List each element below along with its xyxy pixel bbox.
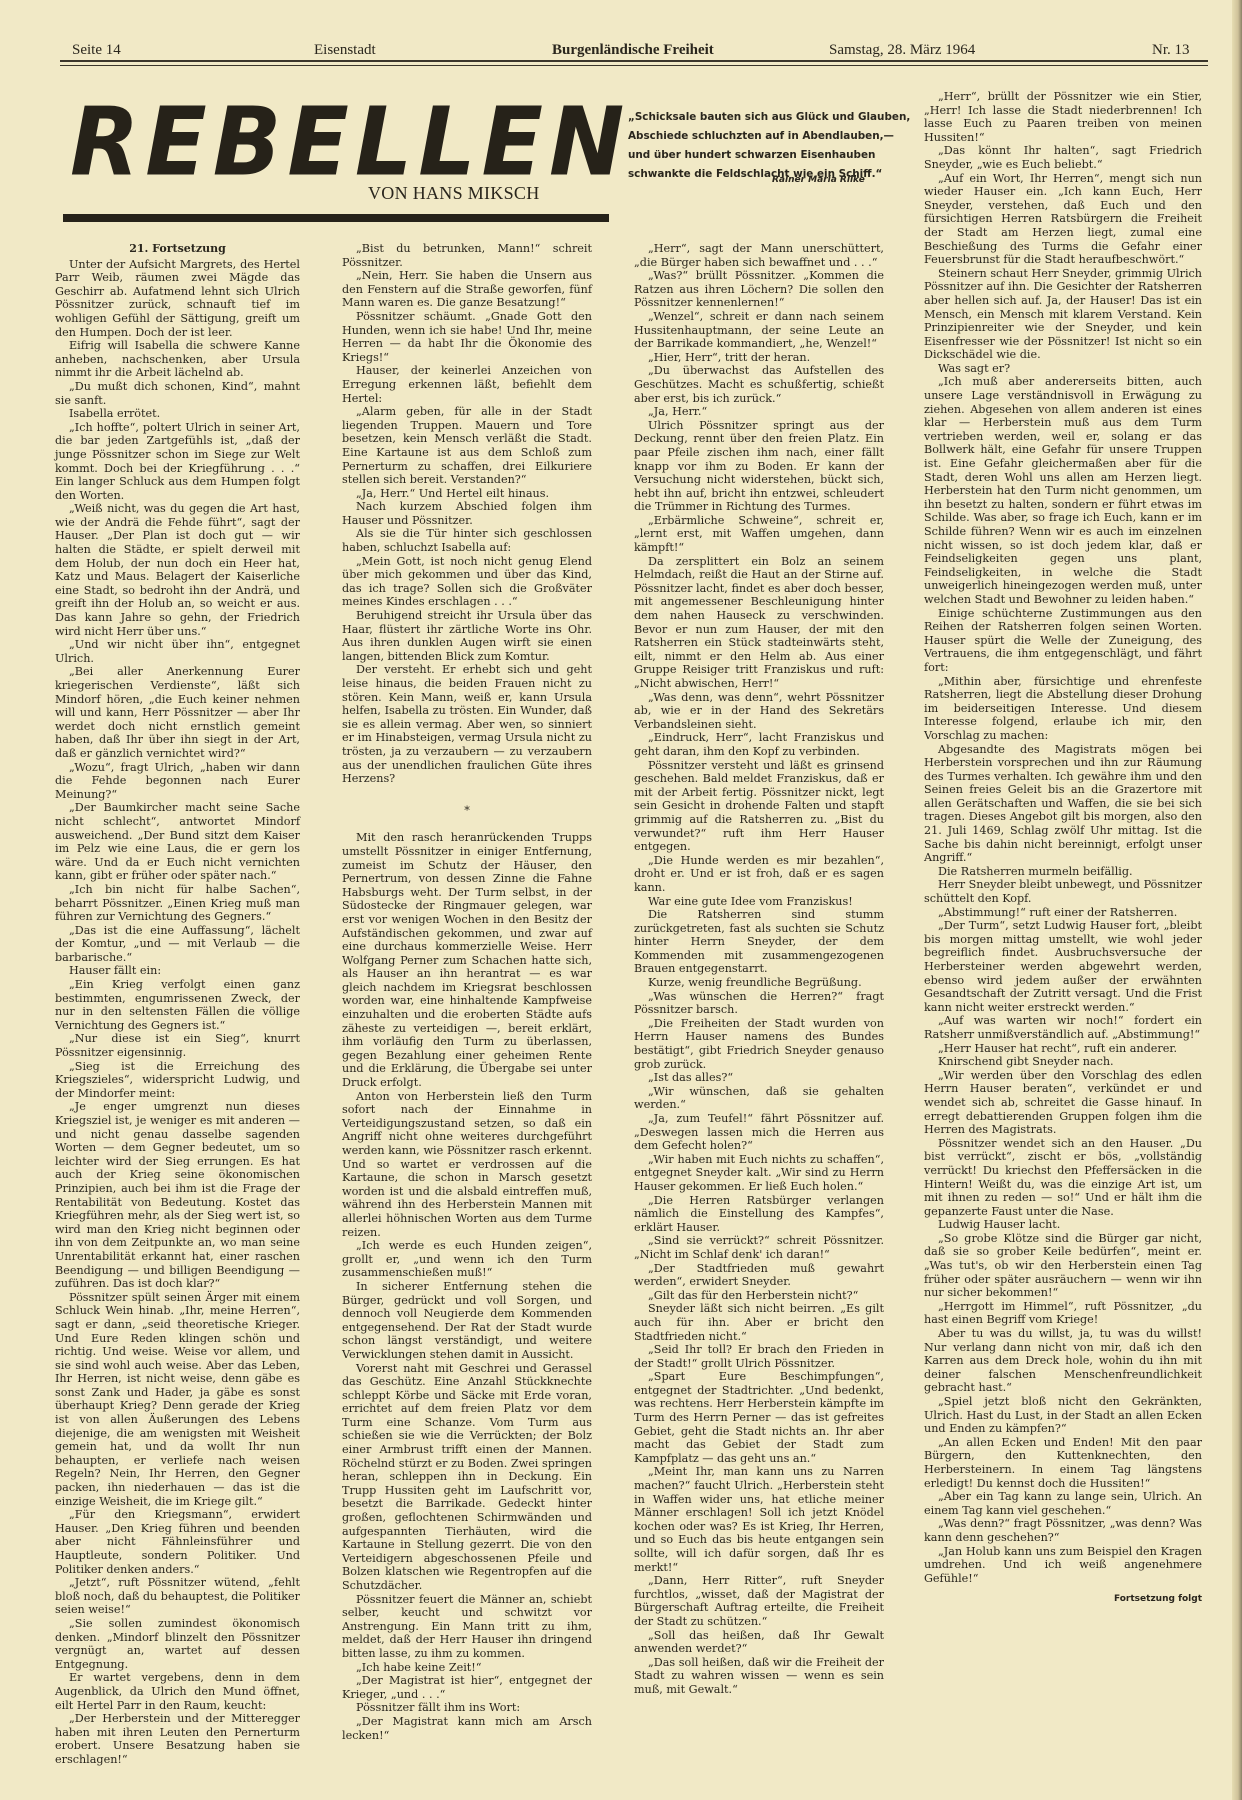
paragraph: „Sie sollen zumindest ökonomisch denken.… [55, 1617, 300, 1671]
paragraph: Nach kurzem Abschied folgen ihm Hauser u… [342, 500, 592, 527]
paragraph: „Herr“, sagt der Mann unerschüttert, „di… [634, 242, 884, 269]
paragraph: Als sie die Tür hinter sich geschlossen … [342, 527, 592, 554]
paragraph: „Ich muß aber andererseits bitten, auch … [924, 375, 1202, 606]
epigraph-line: und über hundert schwarzen Eisenhauben [628, 146, 918, 165]
paragraph: „So grobe Klötze sind die Bürger gar nic… [924, 1232, 1202, 1300]
paragraph: „Jan Holub kann uns zum Beispiel den Kra… [924, 1545, 1202, 1586]
paragraph: „Ist das alles?“ [634, 1071, 884, 1085]
paragraph: „Bist du betrunken, Mann!“ schreit Pössn… [342, 242, 592, 269]
paragraph: Pössnitzer schäumt. „Gnade Gott den Hund… [342, 310, 592, 364]
paragraph: „Mithin aber, fürsichtige und ehrenfeste… [924, 675, 1202, 743]
paragraph: „Was denn, was denn“, wehrt Pössnitzer a… [634, 691, 884, 732]
epigraph-author: Rainer Maria Rilke [772, 175, 865, 185]
epigraph-line: „Schicksale bauten sich aus Glück und Gl… [628, 108, 918, 127]
paragraph: Steinern schaut Herr Sneyder, grimmig Ul… [924, 267, 1202, 362]
paragraph: „Der Baumkircher macht seine Sache nicht… [55, 801, 300, 883]
paragraph: „Ich bin nicht für halbe Sachen“, beharr… [55, 883, 300, 924]
paragraph: „Der Magistrat kann mich am Arsch lecken… [342, 1715, 592, 1742]
paragraph: „Für den Kriegsmann“, erwidert Hauser. „… [55, 1508, 300, 1576]
paragraph: „Der Stadtfrieden muß gewahrt werden“, e… [634, 1262, 884, 1289]
paragraph: „Das ist die eine Auffassung“, lächelt d… [55, 924, 300, 965]
paragraph: Eifrig will Isabella die schwere Kanne a… [55, 339, 300, 380]
paragraph: „Der Herberstein und der Mitteregger hab… [55, 1712, 300, 1766]
paragraph: „Bei aller Anerkennung Eurer kriegerisch… [55, 665, 300, 760]
paragraph: „Alarm geben, für alle in der Stadt lieg… [342, 405, 592, 487]
paragraph: „Der Turm“, setzt Ludwig Hauser fort, „b… [924, 919, 1202, 1014]
paragraph: „Du überwachst das Aufstellen des Geschü… [634, 364, 884, 405]
installment-label: 21. Fortsetzung [55, 242, 300, 256]
paragraph: Der versteht. Er erhebt sich und geht le… [342, 663, 592, 785]
paragraph: „Herr“, brüllt der Pössnitzer wie ein St… [924, 90, 1202, 144]
column-1: 21. Fortsetzung Unter der Aufsicht Margr… [55, 242, 300, 1767]
column-2: „Bist du betrunken, Mann!“ schreit Pössn… [342, 242, 592, 1742]
epigraph-line: Abschiede schluchzten auf in Abendlauben… [628, 127, 918, 146]
column-3: „Herr“, sagt der Mann unerschüttert, „di… [634, 242, 884, 1697]
paragraph: Sneyder läßt sich nicht beirren. „Es gil… [634, 1302, 884, 1343]
paragraph: Pössnitzer spült seinen Ärger mit einem … [55, 1291, 300, 1509]
paragraph: „Wir wünschen, daß sie gehalten werden.“ [634, 1085, 884, 1112]
paragraph: „Das soll heißen, daß wir die Freiheit d… [634, 1656, 884, 1697]
paragraph: „Erbärmliche Schweine“, schreit er, „ler… [634, 514, 884, 555]
paragraph: Ulrich Pössnitzer springt aus der Deckun… [634, 419, 884, 514]
paragraph: Pössnitzer feuert die Männer an, schiebt… [342, 1593, 592, 1661]
paragraph: „Was?“ brüllt Pössnitzer. „Kommen die Ra… [634, 269, 884, 310]
paragraph: Kurze, wenig freundliche Begrüßung. [634, 976, 884, 990]
paragraph: „Nein, Herr. Sie haben die Unsern aus de… [342, 269, 592, 310]
paragraph: Pössnitzer wendet sich an den Hauser. „D… [924, 1137, 1202, 1219]
header-rule [60, 60, 1208, 66]
page-edge [1232, 0, 1242, 1800]
paragraph: „Mein Gott, ist noch nicht genug Elend ü… [342, 555, 592, 609]
paragraph: „Ja, zum Teufel!“ fährt Pössnitzer auf. … [634, 1112, 884, 1153]
paragraph: Ludwig Hauser lacht. [924, 1218, 1202, 1232]
issue-date: Samstag, 28. März 1964 [829, 42, 975, 59]
paragraph: „Wozu“, fragt Ulrich, „haben wir dann di… [55, 761, 300, 802]
paragraph: Pössnitzer fällt ihm ins Wort: [342, 1701, 592, 1715]
continued-note: Fortsetzung folgt [924, 1593, 1202, 1607]
paragraph: „Die Hunde werden es mir bezahlen“, droh… [634, 854, 884, 895]
paragraph: „Hier, Herr“, tritt der heran. [634, 351, 884, 365]
paragraph: In sicherer Entfernung stehen die Bürger… [342, 1280, 592, 1362]
paragraph: „Der Magistrat ist hier“, entgegnet der … [342, 1674, 592, 1701]
newspaper-name: Burgenländische Freiheit [552, 42, 714, 59]
column-4: „Herr“, brüllt der Pössnitzer wie ein St… [924, 90, 1202, 1607]
paragraph: „Die Herren Ratsbürger verlangen nämlich… [634, 1194, 884, 1235]
paragraph: Herr Sneyder bleibt unbewegt, und Pössni… [924, 878, 1202, 905]
paragraph: „An allen Ecken und Enden! Mit den paar … [924, 1436, 1202, 1490]
paragraph: „Auf was warten wir noch!“ fordert ein R… [924, 1014, 1202, 1041]
paragraph: „Je enger umgrenzt nun dieses Kriegsziel… [55, 1100, 300, 1290]
paragraph: Pössnitzer versteht und läßt es grinsend… [634, 759, 884, 854]
paragraph: Unter der Aufsicht Margrets, des Hertel … [55, 258, 300, 340]
paragraph: „Herrgott im Himmel“, ruft Pössnitzer, „… [924, 1300, 1202, 1327]
paragraph: „Spiel jetzt bloß nicht den Gekränkten, … [924, 1395, 1202, 1436]
page-header: Seite 14 Eisenstadt Burgenländische Frei… [72, 40, 1202, 62]
paragraph: „Und wir nicht über ihn“, entgegnet Ulri… [55, 638, 300, 665]
article-title: REBELLEN [70, 87, 630, 197]
place: Eisenstadt [314, 42, 376, 59]
paragraph: „Sind sie verrückt?“ schreit Pössnitzer.… [634, 1234, 884, 1261]
issue-number: Nr. 13 [1152, 42, 1190, 59]
paragraph: „Gilt das für den Herberstein nicht?“ [634, 1289, 884, 1303]
paragraph: „Was denn?“ fragt Pössnitzer, „was denn?… [924, 1517, 1202, 1544]
byline: VON HANS MIKSCH [368, 183, 540, 204]
paragraph: Die Ratsherren sind stumm zurückgetreten… [634, 908, 884, 976]
paragraph: „Abstimmung!“ ruft einer der Ratsherren. [924, 906, 1202, 920]
paragraph: Was sagt er? [924, 362, 1202, 376]
paragraph: „Jetzt“, ruft Pössnitzer wütend, „fehlt … [55, 1576, 300, 1617]
epigraph: „Schicksale bauten sich aus Glück und Gl… [628, 108, 918, 184]
paragraph: „Wir haben mit Euch nichts zu schaffen“,… [634, 1153, 884, 1194]
title-rule [63, 214, 609, 222]
paragraph: Vorerst naht mit Geschrei und Gerassel d… [342, 1362, 592, 1593]
paragraph: „Herr Hauser hat recht“, ruft ein andere… [924, 1042, 1202, 1056]
paragraph: Da zersplittert ein Bolz an seinem Helmd… [634, 555, 884, 691]
paragraph: „Wenzel“, schreit er dann nach seinem Hu… [634, 310, 884, 351]
paragraph: „Sieg ist die Erreichung des Kriegsziele… [55, 1060, 300, 1101]
paragraph: Anton von Herberstein ließ den Turm sofo… [342, 1090, 592, 1240]
paragraph: „Was wünschen die Herren?“ fragt Pössnit… [634, 990, 884, 1017]
paragraph: Isabella errötet. [55, 407, 300, 421]
paragraph: Hauser fällt ein: [55, 964, 300, 978]
paragraph: Beruhigend streicht ihr Ursula über das … [342, 609, 592, 663]
paragraph: Einige schüchterne Zustimmungen aus den … [924, 607, 1202, 675]
paragraph: „Ja, Herr.“ [634, 405, 884, 419]
paragraph: „Soll das heißen, daß Ihr Gewalt anwende… [634, 1629, 884, 1656]
paragraph: „Du mußt dich schonen, Kind“, mahnt sie … [55, 380, 300, 407]
paragraph: „Das könnt Ihr halten“, sagt Friedrich S… [924, 144, 1202, 171]
paragraph: „Seid Ihr toll? Er brach den Frieden in … [634, 1343, 884, 1370]
paragraph: Aber tu was du willst, ja, tu was du wil… [924, 1327, 1202, 1395]
paragraph: Abgesandte des Magistrats mögen bei Herb… [924, 743, 1202, 865]
paragraph: „Ein Krieg verfolgt einen ganz bestimmte… [55, 978, 300, 1032]
paragraph: „Ich werde es euch Hunden zeigen“, groll… [342, 1239, 592, 1280]
paragraph: Die Ratsherren murmeln beifällig. [924, 865, 1202, 879]
paragraph: Knirschend gibt Sneyder nach. [924, 1055, 1202, 1069]
paragraph: „Ich hoffte“, poltert Ulrich in seiner A… [55, 421, 300, 503]
paragraph: War eine gute Idee vom Franziskus! [634, 895, 884, 909]
paragraph: „Wir werden über den Vorschlag des edlen… [924, 1069, 1202, 1137]
section-separator: * [342, 804, 592, 818]
page-number: Seite 14 [72, 42, 121, 59]
paragraph: Mit den rasch heranrückenden Trupps umst… [342, 831, 592, 1089]
paragraph: „Dann, Herr Ritter“, ruft Sneyder furcht… [634, 1574, 884, 1628]
paragraph: „Weiß nicht, was du gegen die Art hast, … [55, 502, 300, 638]
paragraph: „Spart Eure Beschimpfungen“, entgegnet d… [634, 1370, 884, 1465]
paragraph: „Die Freiheiten der Stadt wurden von Her… [634, 1017, 884, 1071]
paragraph: „Meint Ihr, man kann uns zu Narren mache… [634, 1465, 884, 1574]
paragraph: „Nur diese ist ein Sieg“, knurrt Pössnit… [55, 1032, 300, 1059]
paragraph: „Aber ein Tag kann zu lange sein, Ulrich… [924, 1490, 1202, 1517]
paragraph: „Ja, Herr.“ Und Hertel eilt hinaus. [342, 487, 592, 501]
paragraph: „Ich habe keine Zeit!“ [342, 1661, 592, 1675]
paragraph: „Auf ein Wort, Ihr Herren“, mengt sich n… [924, 172, 1202, 267]
paragraph: Er wartet vergebens, denn in dem Augenbl… [55, 1671, 300, 1712]
paragraph: Hauser, der keinerlei Anzeichen von Erre… [342, 364, 592, 405]
paragraph: „Eindruck, Herr“, lacht Franziskus und g… [634, 731, 884, 758]
